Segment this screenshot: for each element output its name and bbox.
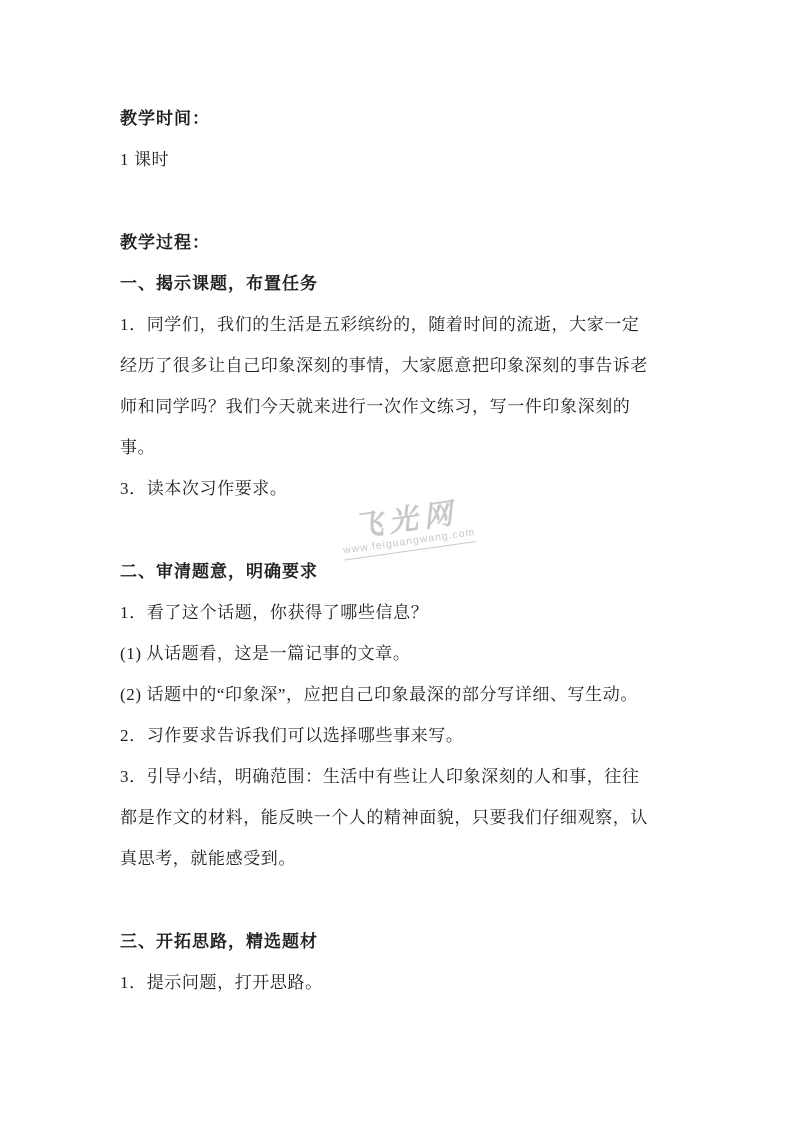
text-line: (1) 从话题看，这是一篇记事的文章。 <box>120 633 705 674</box>
text-line: 师和同学吗？我们今天就来进行一次作文练习，写一件印象深刻的 <box>120 386 705 427</box>
text-line: 经历了很多让自己印象深刻的事情，大家愿意把印象深刻的事告诉老 <box>120 345 705 386</box>
text-line: 1．提示问题，打开思路。 <box>120 962 705 1003</box>
text-line: 1 课时 <box>120 139 705 180</box>
section-heading-part-two: 二、审清题意，明确要求 <box>120 551 705 592</box>
text-line: 都是作文的材料，能反映一个人的精神面貌，只要我们仔细观察，认 <box>120 797 705 838</box>
text-line: 1．看了这个话题，你获得了哪些信息？ <box>120 592 705 633</box>
section-heading-teaching-time: 教学时间： <box>120 98 705 139</box>
text-line: 真思考，就能感受到。 <box>120 838 705 879</box>
text-line: 事。 <box>120 427 705 468</box>
section-heading-part-one: 一、揭示课题，布置任务 <box>120 263 705 304</box>
section-heading-part-three: 三、开拓思路，精选题材 <box>120 921 705 962</box>
text-line: 2．习作要求告诉我们可以选择哪些事来写。 <box>120 715 705 756</box>
document-page: 教学时间： 1 课时 教学过程： 一、揭示课题，布置任务 1．同学们，我们的生活… <box>0 0 793 1122</box>
text-line: 3．引导小结，明确范围：生活中有些让人印象深刻的人和事，往往 <box>120 756 705 797</box>
section-heading-teaching-process: 教学过程： <box>120 222 705 263</box>
text-line: 1．同学们，我们的生活是五彩缤纷的，随着时间的流逝，大家一定 <box>120 304 705 345</box>
text-line: (2) 话题中的“印象深”，应把自己印象最深的部分写详细、写生动。 <box>120 674 705 715</box>
